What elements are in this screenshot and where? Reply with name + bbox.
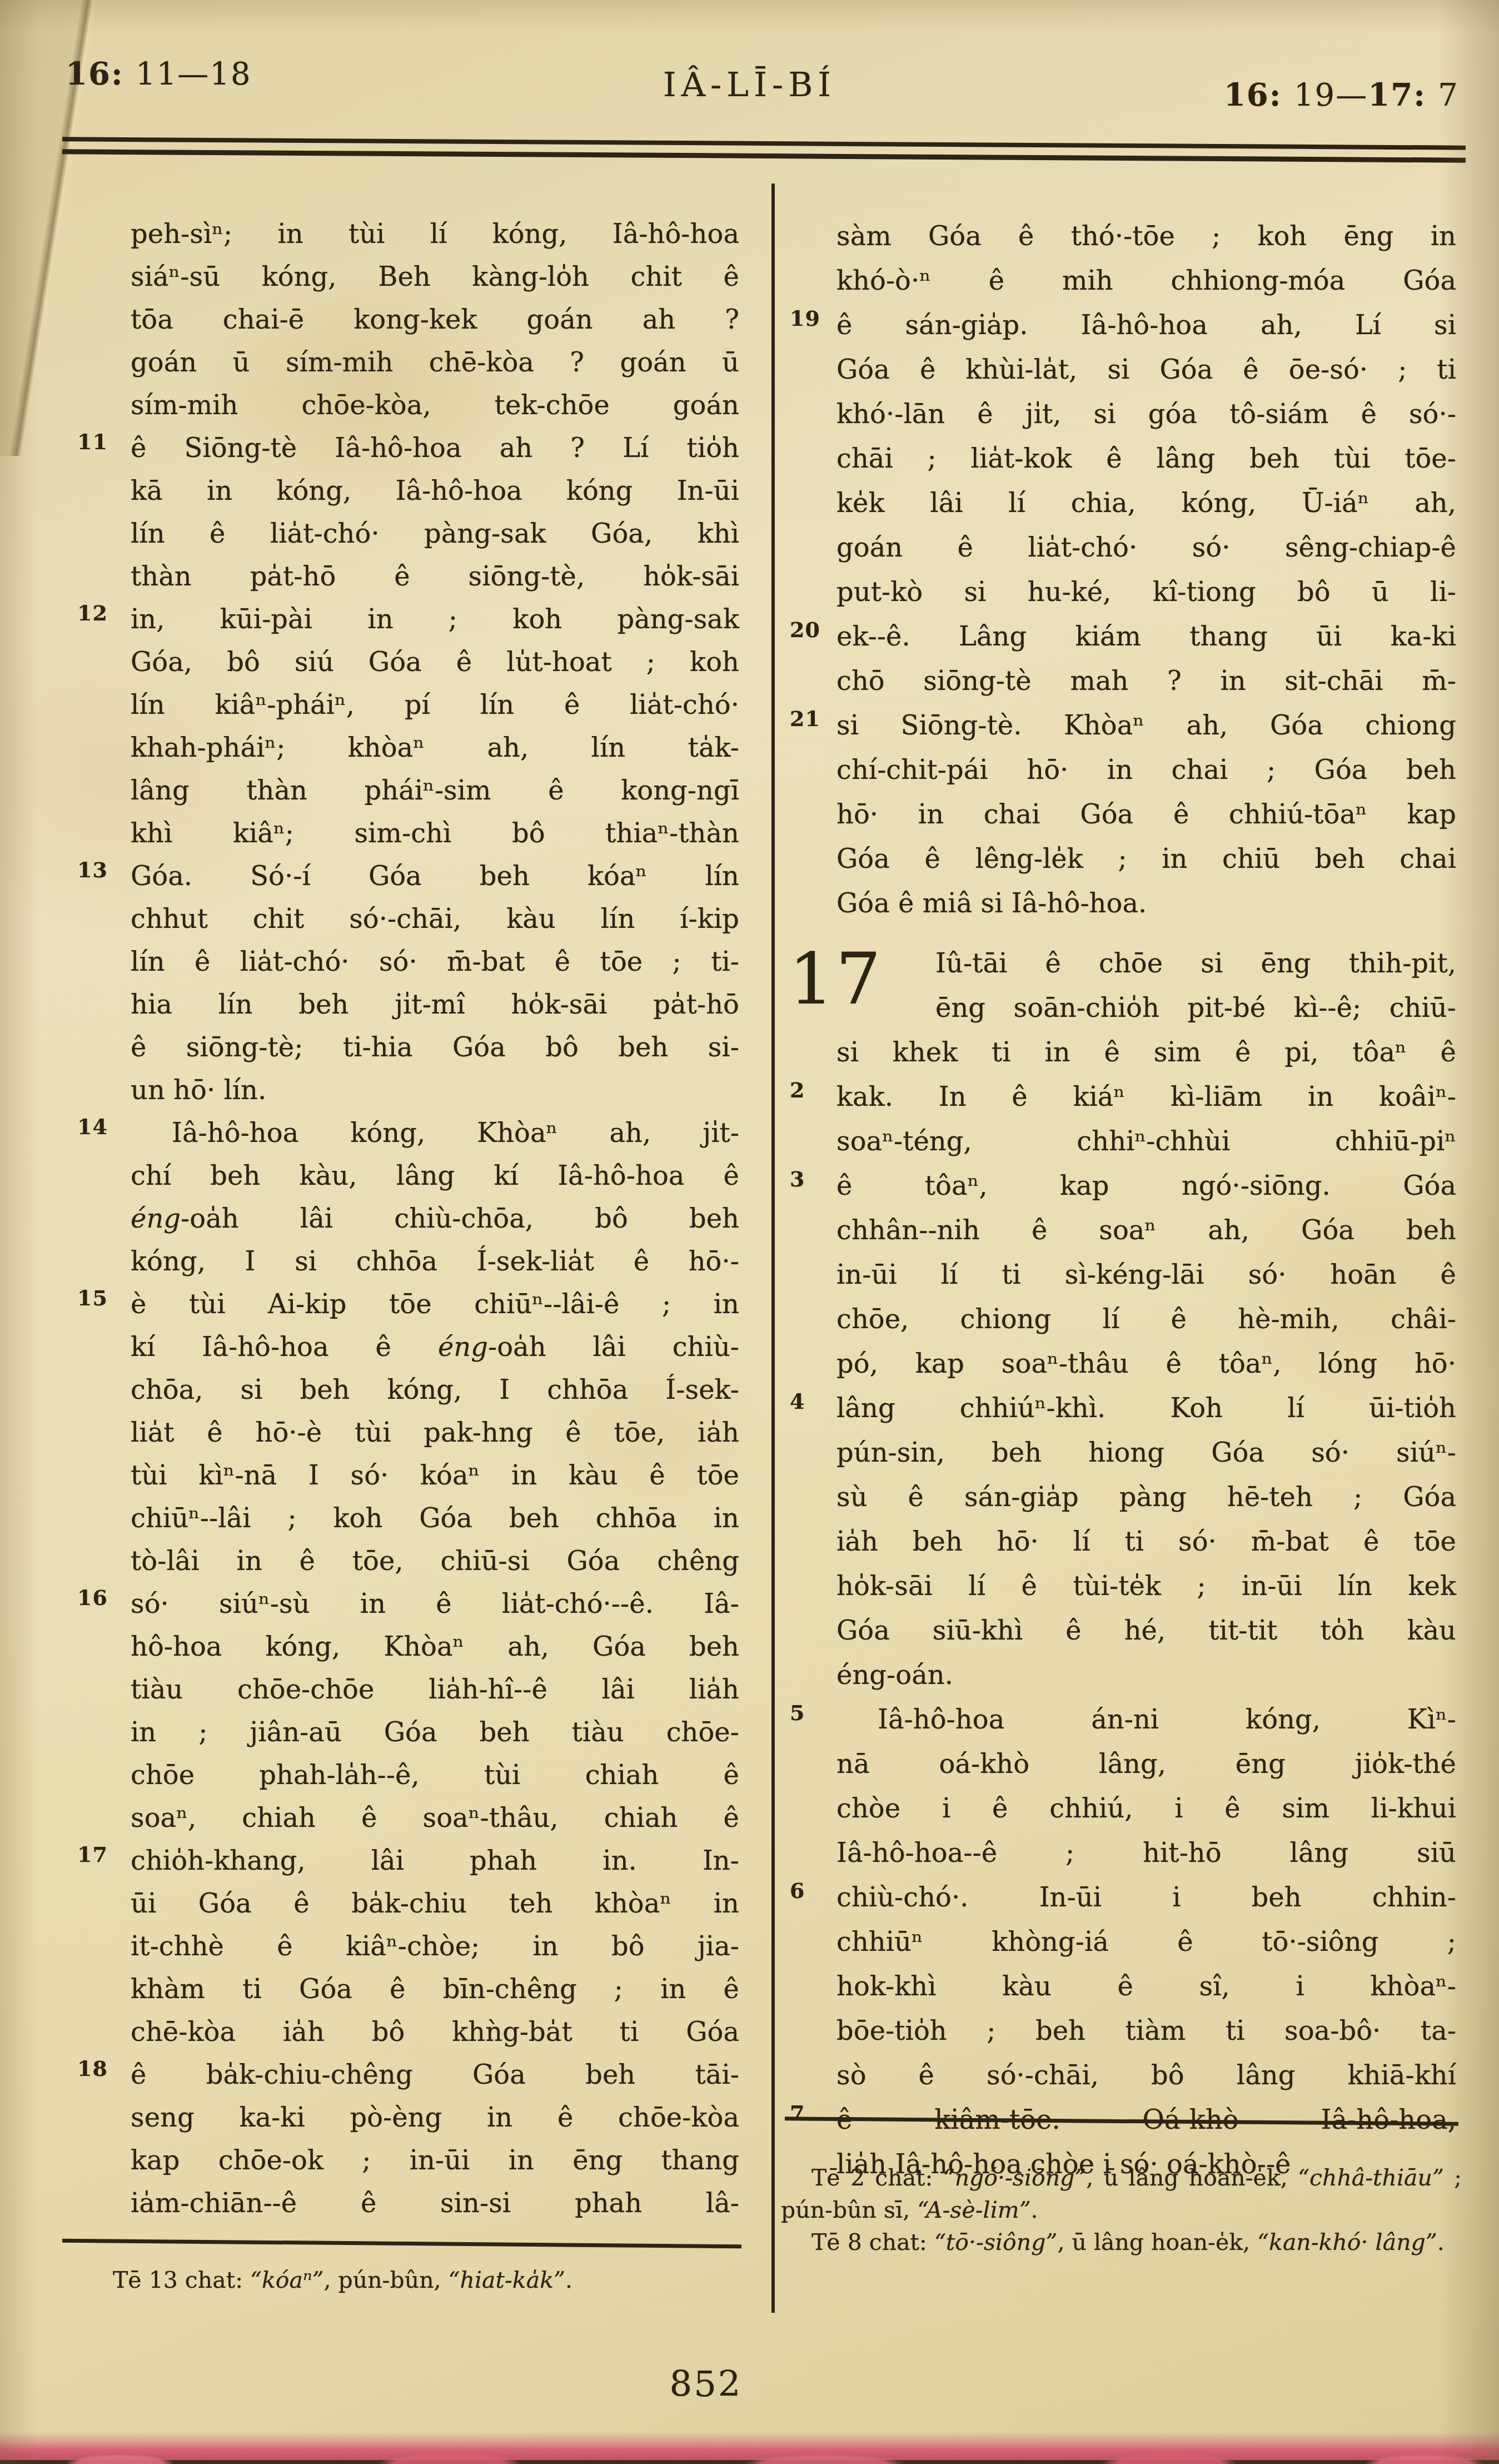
verse-number: 16 [77,1586,122,1609]
text-line: 3ê tôaⁿ, kap ngó·-siōng. Góa [836,1165,1456,1210]
text-line: ke̍k lâi lí chia, kóng, Ū-iáⁿ ah, [836,483,1456,527]
text-line: chāi ; lia̍t-kok ê lâng beh tùi tōe- [836,438,1456,483]
verse-number: 13 [77,858,122,882]
text-line: chhiūⁿ khòng-iá ê tō·-siông ; [836,1921,1456,1966]
text-line: 14Iâ-hô-hoa kóng, Khòaⁿ ah, ji̍t- [131,1113,739,1156]
text-line: khó-ò·ⁿ ê mih chhiong-móa Góa [836,260,1456,305]
verse-number: 3 [790,1168,834,1191]
text-line: lín kiâⁿ-pháiⁿ, pí lín ê lia̍t-chó· [131,685,739,728]
text-line: ēng soān-chio̍h pit-bé kì--ê; chiū- [836,987,1456,1032]
text-line: tò-lâi in ê tōe, chiū-si Góa chêng [131,1541,739,1584]
text-line: 2kak. In ê kiáⁿ kì-liām in koâiⁿ- [836,1076,1456,1121]
verse-number: 17 [77,1843,122,1866]
text-line: 18ê ba̍k-chiu-chêng Góa beh tāi- [131,2055,739,2098]
text-line: Góa ê khùi-la̍t, si Góa ê ōe-só· ; ti [836,349,1456,394]
text-line: Góa ê miâ si Iâ-hô-hoa. [836,883,1456,927]
footnote: Tē 8 chat: “tō·-siông”, ū lâng hoan-e̍k,… [781,2226,1462,2258]
text-line: sím-mih chōe-kòa, tek-chōe goán [131,385,739,428]
text-line: ho̍k-sāi lí ê tùi-te̍k ; in-ūi lín kek [836,1566,1456,1610]
footnotes-right: Tē 2 chat: “ngó·-siōng”, ū lâng hoan-e̍k… [781,2162,1462,2258]
verse-number: 5 [790,1701,834,1725]
text-line: 13Góa. Só·-í Góa beh kóaⁿ lín [131,856,739,899]
verse-number: 18 [77,2057,122,2080]
text-line: chiūⁿ--lâi ; koh Góa beh chhōa in [131,1498,739,1541]
footnotes-left: Tē 13 chat: “kóaⁿ”, pún-bûn, “hiat-ka̍k”… [82,2264,741,2296]
text-line: si khek ti in ê sim ê pi, tôaⁿ ê [836,1032,1456,1076]
text-line: soaⁿ, chiah ê soaⁿ-thâu, chiah ê [131,1798,739,1841]
text-line: lín ê lia̍t-chó· só· m̄-bat ê tōe ; ti- [131,942,739,985]
header-rule [62,137,1466,162]
text-line: éng-oán. [836,1655,1456,1699]
text-line: kap chōe-ok ; in-ūi in ēng thang [131,2140,739,2183]
text-line: it-chhè ê kiâⁿ-chòe; in bô jia- [131,1926,739,1969]
text-line: tiàu chōe-chōe lia̍h-hî--ê lâi lia̍h [131,1670,739,1712]
column-divider-rule [771,183,775,2313]
text-line: goán ê lia̍t-chó· só· sêng-chiap-ê [836,527,1456,572]
text-line: 6chiù-chó·. In-ūi i beh chhin- [836,1877,1456,1921]
text-line: éng-oa̍h lâi chiù-chōa, bô beh [131,1199,739,1241]
text-line: khó·-lān ê ji̍t, si góa tô-siám ê só·- [836,394,1456,438]
footnote-rule-left [62,2239,741,2249]
text-line: put-kò si hu-ké, kî-tiong bô ū li- [836,572,1456,616]
scanned-bible-page: 16: 11—18 IÂ-LĪ-BÍ 16: 19—17: 7 peh-sìⁿ;… [0,0,1499,2464]
text-line: chhut chit só·-chāi, kàu lín í-kip [131,899,739,942]
text-line: siáⁿ-sū kóng, Beh kàng-lo̍h chit ê [131,257,739,300]
text-line: chōe, chiong lí ê hè-mih, châi- [836,1299,1456,1343]
verse-number: 12 [77,602,122,625]
page-bottom-edge [0,2432,1499,2464]
text-column-left: peh-sìⁿ; in tùi lí kóng, Iâ-hô-hoasiáⁿ-s… [131,214,739,2226]
text-line: Iâ-hô-hoa--ê ; hit-hō lâng siū [836,1832,1456,1877]
text-line: khì kiâⁿ; sim-chì bô thiaⁿ-thàn [131,813,739,856]
text-line: pún-sin, beh hiong Góa só· siúⁿ- [836,1432,1456,1477]
text-line: hō· in chai Góa ê chhiú-tōaⁿ kap [836,794,1456,838]
text-line: 17Iû-tāi ê chōe si ēng thih-pit, [836,943,1456,987]
text-line: 21si Siōng-tè. Khòaⁿ ah, Góa chiong [836,705,1456,749]
verse-number: 21 [790,707,834,731]
text-line: chō siōng-tè mah ? in sit-chāi m̄- [836,660,1456,705]
text-line: 11ê Siōng-tè Iâ-hô-hoa ah ? Lí tio̍h [131,428,739,471]
text-line: chōa, si beh kóng, I chhōa Í-sek- [131,1370,739,1413]
text-line: ia̍m-chiān--ê ê sin-si phah lâ- [131,2183,739,2226]
text-line: in ; jiân-aū Góa beh tiàu chōe- [131,1712,739,1755]
verse-number: 14 [77,1115,122,1139]
text-line: Góa ê lêng-le̍k ; in chiū beh chai [836,838,1456,883]
header-verse-range-right: 16: 19—17: 7 [1224,77,1459,113]
text-line: 4lâng chhiúⁿ-khì. Koh lí ūi-tio̍h [836,1388,1456,1432]
text-line: sò ê só·-chāi, bô lâng khiā-khí [836,2055,1456,2099]
text-line: lia̍t ê hō·-è tùi pak-hng ê tōe, ia̍h [131,1413,739,1455]
text-line: un hō· lín. [131,1070,739,1113]
text-line: kóng, I si chhōa Í-sek-lia̍t ê hō·- [131,1241,739,1284]
text-line: 19ê sán-gia̍p. Iâ-hô-hoa ah, Lí si [836,305,1456,349]
text-line: nā oá-khò lâng, ēng jio̍k-thé [836,1743,1456,1788]
text-line: thàn pa̍t-hō ê siōng-tè, ho̍k-sāi [131,557,739,599]
text-line: chí-chit-pái hō· in chai ; Góa beh [836,749,1456,794]
text-line: khàm ti Góa ê bīn-chêng ; in ê [131,1969,739,2012]
verse-number: 19 [790,307,834,330]
text-line: tōa chai-ē kong-kek goán ah ? [131,300,739,342]
text-line: sù ê sán-gia̍p pàng hē-teh ; Góa [836,1477,1456,1521]
text-line: khah-pháiⁿ; khòaⁿ ah, lín ta̍k- [131,728,739,771]
verse-number: 7 [790,2102,834,2125]
text-line: lâng thàn pháiⁿ-sim ê kong-ngī [131,771,739,813]
text-line: pó, kap soaⁿ-thâu ê tôaⁿ, lóng hō· [836,1343,1456,1388]
text-line: tùi kìⁿ-nā I só· kóaⁿ in kàu ê tōe [131,1455,739,1498]
verse-number: 4 [790,1390,834,1413]
text-line: 5Iâ-hô-hoa án-ni kóng, Kìⁿ- [836,1699,1456,1743]
text-line: Góa, bô siú Góa ê lu̍t-hoat ; koh [131,642,739,685]
text-line: hok-khì kàu ê sî, i khòaⁿ- [836,1966,1456,2010]
text-line: peh-sìⁿ; in tùi lí kóng, Iâ-hô-hoa [131,214,739,257]
verse-number: 15 [77,1286,122,1310]
text-line: bōe-tio̍h ; beh tiàm ti soa-bô· ta- [836,2010,1456,2055]
text-line: kā in kóng, Iâ-hô-hoa kóng In-ūi [131,471,739,514]
text-line: ia̍h beh hō· lí ti só· m̄-bat ê tōe [836,1521,1456,1566]
text-line: chē-kòa ia̍h bô khǹg-ba̍t ti Góa [131,2012,739,2055]
text-line: chòe i ê chhiú, i ê sim li-khui [836,1788,1456,1832]
text-line: ūi Góa ê ba̍k-chiu teh khòaⁿ in [131,1884,739,1926]
text-line: 12in, kūi-pài in ; koh pàng-sak [131,599,739,642]
verse-number: 20 [790,618,834,642]
verse-number: 11 [77,430,122,454]
text-line: ê siōng-tè; ti-hia Góa bô beh si- [131,1027,739,1070]
text-line: 15è tùi Ai-kip tōe chiūⁿ--lâi-ê ; in [131,1284,739,1327]
text-line: 16só· siúⁿ-sù in ê lia̍t-chó·--ê. Iâ- [131,1584,739,1627]
text-line: seng ka-ki pò-èng in ê chōe-kòa [131,2098,739,2140]
verse-number: 6 [790,1879,834,1902]
verse-number: 2 [790,1079,834,1102]
text-line: 20ek--ê. Lâng kiám thang ūi ka-ki [836,616,1456,660]
footnote: Tē 2 chat: “ngó·-siōng”, ū lâng hoan-e̍k… [781,2162,1462,2226]
text-column-right: sàm Góa ê thó·-tōe ; koh ēng inkhó-ò·ⁿ ê… [836,216,1456,2188]
text-line: chí beh kàu, lâng kí Iâ-hô-hoa ê [131,1156,739,1199]
text-line: lín ê lia̍t-chó· pàng-sak Góa, khì [131,514,739,557]
text-line: in-ūi lí ti sì-kéng-lāi só· hoān ê [836,1254,1456,1299]
text-line: 17chio̍h-khang, lâi phah in. In- [131,1841,739,1884]
text-line: hô-hoa kóng, Khòaⁿ ah, Góa beh [131,1627,739,1670]
text-line: Góa siū-khì ê hé, tit-tit to̍h kàu [836,1610,1456,1655]
text-line: goán ū sím-mih chē-kòa ? goán ū [131,342,739,385]
text-line: kí Iâ-hô-hoa ê éng-oa̍h lâi chiù- [131,1327,739,1370]
text-line: hia lín beh ji̍t-mî ho̍k-sāi pa̍t-hō [131,985,739,1027]
footnote: Tē 13 chat: “kóaⁿ”, pún-bûn, “hiat-ka̍k”… [82,2264,741,2296]
text-line: soaⁿ-téng, chhiⁿ-chhùi chhiū-piⁿ [836,1121,1456,1165]
text-line: chōe phah-la̍h--ê, tùi chiah ê [131,1755,739,1798]
text-line: sàm Góa ê thó·-tōe ; koh ēng in [836,216,1456,260]
text-line: chhân--nih ê soaⁿ ah, Góa beh [836,1210,1456,1254]
page-number: 852 [617,2364,795,2405]
